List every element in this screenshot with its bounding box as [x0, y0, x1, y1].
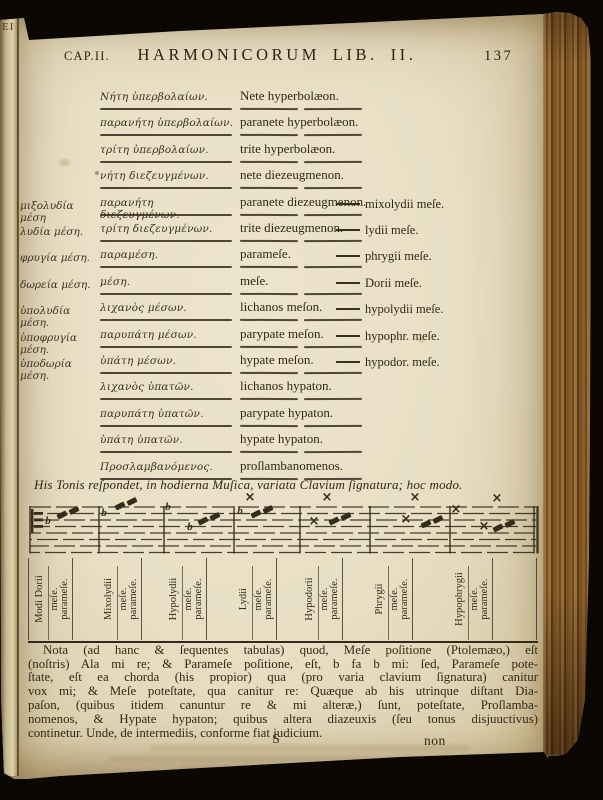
row-rule: [240, 372, 298, 374]
row-rule: [100, 187, 232, 189]
column-mode-label: Hypodorii: [304, 559, 316, 639]
column-rule: [141, 558, 142, 640]
margin-label-right: mixolydii meſe.: [336, 196, 444, 212]
column-rule: [536, 558, 537, 640]
column-rule: [388, 566, 389, 640]
book-page-group: EI CAP.II. HARMONICORUM LIB. II. 137 Νήτ…: [0, 0, 603, 800]
margin-label-left: ὑπολυδία μέση.: [20, 305, 100, 329]
margin-label-left: φρυγία μέση.: [20, 252, 100, 264]
row-rule: [240, 398, 298, 400]
column-rule: [48, 566, 49, 640]
margin-label-right: lydii meſe.: [336, 222, 418, 238]
row-rule: [304, 240, 362, 242]
row-rule: [304, 266, 362, 268]
greek-name: παρυπάτη μέσων.: [100, 329, 236, 341]
chapter-label: CAP.II.: [64, 49, 110, 64]
table-row: παρανήτη ὑπερβολαίων.paranete hyperbolæo…: [0, 114, 546, 140]
column-rule: [318, 566, 319, 640]
column-rule: [72, 558, 73, 640]
label-dash: [336, 361, 360, 363]
bleedthrough: [110, 756, 480, 762]
greek-name: Προσλαμβανόμενος.: [100, 461, 236, 473]
row-rule: [100, 451, 232, 453]
margin-label-right: phrygii meſe.: [336, 248, 432, 264]
row-rule: [304, 214, 362, 216]
row-rule: [304, 372, 362, 374]
row-rule: [240, 266, 298, 268]
label-dash: [336, 335, 360, 337]
paragraph-line: nomenos, & Hypate hypaton; quibus altera…: [28, 713, 538, 727]
row-rule: [240, 134, 298, 136]
row-rule: [100, 240, 232, 242]
column-mode-label: Hypophrygii: [454, 559, 466, 639]
column-rule: [492, 558, 493, 640]
paragraph-line: paſon, (quibus itidem canuntur re & mi a…: [28, 699, 538, 713]
latin-name: proſlambanomenos.: [240, 458, 390, 474]
label-dash: [336, 203, 360, 205]
column-sub-label: parameſe.: [399, 559, 411, 639]
greek-name: λιχανὸς ὑπατῶν.: [100, 381, 236, 393]
greek-name: παρανήτη διεζευγμένων.: [100, 197, 236, 221]
column-rule: [468, 566, 469, 640]
page-edge-text: EI: [2, 22, 14, 33]
margin-label-left: λυδία μέση.: [20, 226, 100, 238]
row-rule: [100, 266, 232, 268]
row-rule: [304, 293, 362, 295]
label-dash: [336, 308, 360, 310]
table-row: νήτη διεζευγμένων.nete diezeugmenon.: [0, 167, 546, 193]
row-rule: [240, 346, 298, 348]
column-mode-label: Mixolydii: [103, 559, 115, 639]
column-sub-label: parameſe.: [128, 559, 140, 639]
row-rule: [100, 134, 232, 136]
column-sub-label: parameſe.: [59, 559, 71, 639]
row-rule: [304, 346, 362, 348]
photo-background: EI CAP.II. HARMONICORUM LIB. II. 137 Νήτ…: [0, 0, 603, 800]
latin-name: lichanos hypaton.: [240, 378, 390, 394]
greek-name: ὑπάτη ὑπατῶν.: [100, 434, 236, 446]
row-rule: [304, 319, 362, 321]
row-rule: [304, 187, 362, 189]
row-rule: [100, 372, 232, 374]
latin-name: paranete hyperbolæon.: [240, 114, 390, 130]
row-rule: [240, 293, 298, 295]
bleedthrough: [150, 745, 470, 751]
table-row: ὑπάτη ὑπατῶν.hypate hypaton.: [0, 431, 546, 457]
table-row: τρίτη ὑπερβολαίων.trite hyperbolæon.: [0, 141, 546, 167]
label-dash: [336, 282, 360, 284]
margin-label-right: hypophr. meſe.: [336, 328, 440, 344]
row-rule: [240, 451, 298, 453]
greek-name: παρυπάτη ὑπατῶν.: [100, 408, 236, 420]
row-rule: [240, 214, 298, 216]
column-sub-label: parameſe.: [329, 559, 341, 639]
greek-name: λιχανὸς μέσων.: [100, 302, 236, 314]
row-rule: [100, 346, 232, 348]
margin-label-left: ὑποφρυγία μέση.: [20, 332, 100, 356]
greek-name: τρίτη ὑπερβολαίων.: [100, 144, 236, 156]
margin-label-left: δωρεία μέση.: [20, 279, 100, 291]
row-rule: [100, 319, 232, 321]
table-row: Νήτη ὑπερβολαίων.Nete hyperbolæon.: [0, 88, 546, 114]
caption: His Tonis reſpondet, in hodierna Muſica,…: [34, 477, 514, 493]
row-rule: [100, 108, 232, 110]
row-rule: [240, 161, 298, 163]
column-rule: [28, 558, 29, 640]
label-dash: [336, 255, 360, 257]
latin-name: parypate hypaton.: [240, 405, 390, 421]
column-rule: [252, 566, 253, 640]
paragraph-line: ſtate, eſt ea chorda (his propior) qua (…: [28, 671, 538, 685]
column-mode-label: Lydii: [238, 559, 250, 639]
column-rule: [342, 558, 343, 640]
paragraph-line: Nota (ad hanc & ſequentes tabulas) quod,…: [28, 644, 538, 658]
row-rule: [304, 425, 362, 427]
column-sub-label: parameſe.: [263, 559, 275, 639]
column-rule: [117, 566, 118, 640]
column-rule: [206, 558, 207, 640]
greek-name: νήτη διεζευγμένων.: [100, 170, 236, 182]
row-rule: [240, 108, 298, 110]
row-rule: [240, 425, 298, 427]
column-rule: [412, 558, 413, 640]
row-rule: [304, 161, 362, 163]
column-rule: [182, 566, 183, 640]
row-rule: [100, 214, 232, 216]
table-row: παρυπάτη ὑπατῶν.parypate hypaton.: [0, 405, 546, 431]
margin-label-right: hypolydii meſe.: [336, 301, 443, 317]
margin-label-right: Dorii meſe.: [336, 275, 422, 291]
greek-name: Νήτη ὑπερβολαίων.: [100, 91, 236, 103]
column-mode-label: Phrygii: [374, 559, 386, 639]
latin-name: hypate hypaton.: [240, 431, 390, 447]
greek-name: παρανήτη ὑπερβολαίων.: [100, 117, 236, 129]
label-dash: [336, 229, 360, 231]
row-rule: [304, 134, 362, 136]
row-rule: [240, 187, 298, 189]
book-fore-edge: [543, 12, 591, 756]
row-rule: [100, 425, 232, 427]
row-rule: [100, 398, 232, 400]
latin-name: trite hyperbolæon.: [240, 141, 390, 157]
column-sub-label: parameſe.: [479, 559, 491, 639]
row-rule: [304, 398, 362, 400]
paragraph-line: vox mi; & Meſe poteſtate, qua canitur re…: [28, 685, 538, 699]
bleedthrough: [180, 766, 430, 771]
page-title: HARMONICORUM LIB. II.: [121, 45, 433, 65]
row-rule: [304, 451, 362, 453]
greek-name: παραμέση.: [100, 249, 236, 261]
greek-name: τρίτη διεζευγμένων.: [100, 223, 236, 235]
greek-name: ὑπάτη μέσων.: [100, 355, 236, 367]
column-sub-label: parameſe.: [193, 559, 205, 639]
row-rule: [240, 319, 298, 321]
column-rule: [276, 558, 277, 640]
row-rule: [240, 240, 298, 242]
margin-label-left: ὑποδωρία μέση.: [20, 358, 100, 382]
row-rule: [100, 293, 232, 295]
page-number: 137: [484, 48, 513, 65]
row-rule: [100, 161, 232, 163]
latin-name: nete diezeugmenon.: [240, 167, 390, 183]
greek-name: μέση.: [100, 276, 236, 288]
margin-label-left: μιξολυδία μέση: [20, 200, 100, 224]
column-mode-label: Modi Dorii: [34, 559, 46, 639]
latin-name: Nete hyperbolæon.: [240, 88, 390, 104]
column-mode-label: Hypolydii: [168, 559, 180, 639]
margin-label-right: hypodor. meſe.: [336, 354, 440, 370]
row-rule: [304, 108, 362, 110]
